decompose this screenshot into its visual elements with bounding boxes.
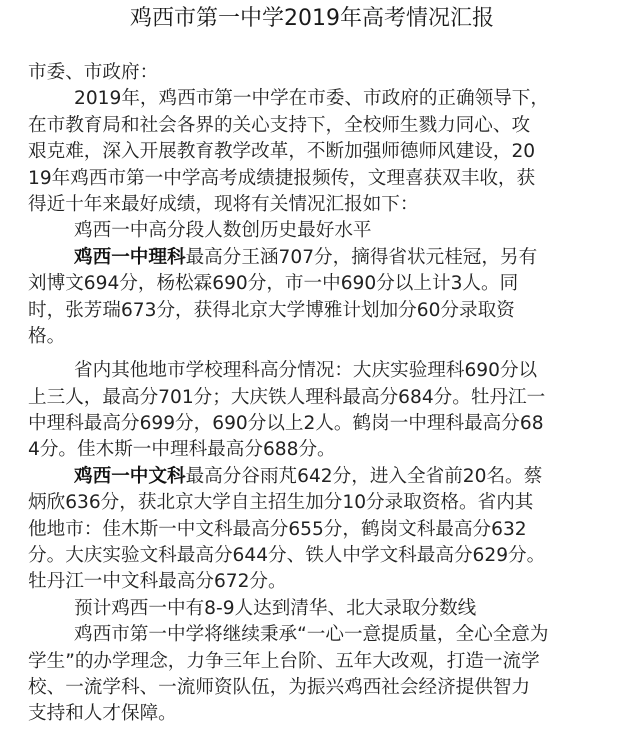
liberal-arts-bold-lead: 鸡西一中文科 [74,466,186,487]
liberal-arts-line: 炳欣636分，获北京大学自主招生加分10分录取资格。省内其 [28,490,608,516]
other-science-line: 省内其他地市学校理科高分情况：大庆实验理科690分以 [28,358,608,384]
liberal-arts-line: 他地市：佳木斯一中文科最高分655分，鹤岗文科最高分632 [28,517,608,543]
liberal-arts-first-line-text: 最高分谷雨芃642分，进入全省前20名。蔡 [186,466,543,487]
closing-line: 学生”的办学理念，力争三年上台阶、五年大改观，打造一流学 [28,649,608,675]
document-title: 鸡西市第一中学2019年高考情况汇报 [0,4,624,34]
intro-line: 得近十年来最好成绩，现将有关情况汇报如下： [28,192,608,218]
closing-line: 校、一流学科、一流师资队伍，为振兴鸡西社会经济提供智力 [28,675,608,701]
liberal-arts-line: 分。大庆实验文科最高分644分、铁人中学文科最高分629分。 [28,543,608,569]
intro-line: 19年鸡西市第一中学高考成绩捷报频传，文理喜获双丰收，获 [28,166,608,192]
science-line: 格。 [28,324,608,350]
liberal-arts-line: 牡丹江一中文科最高分672分。 [28,569,608,595]
liberal-arts-first-line: 鸡西一中文科最高分谷雨芃642分，进入全省前20名。蔡 [28,464,608,490]
section-heading-forecast: 预计鸡西一中有8-9人达到清华、北大录取分数线 [28,596,608,622]
intro-line: 2019年，鸡西市第一中学在市委、市政府的正确领导下， [28,86,608,112]
science-first-line: 鸡西一中理科最高分王涵707分，摘得省状元桂冠，另有 [28,245,608,271]
science-line: 时，张芳瑞673分，获得北京大学博雅计划加分60分录取资 [28,298,608,324]
other-science-line: 上三人，最高分701分；大庆铁人理科最高分684分。牡丹江一 [28,385,608,411]
intro-line: 艰克难，深入开展教育教学改革，不断加强师德师风建设，20 [28,139,608,165]
closing-line: 鸡西市第一中学将继续秉承“一心一意提质量，全心全意为 [28,622,608,648]
science-bold-lead: 鸡西一中理科 [74,247,186,268]
science-line: 刘博文694分，杨松霖690分，市一中690分以上计3人。同 [28,271,608,297]
other-science-line: 4分。佳木斯一中理科最高分688分。 [28,437,608,463]
intro-line: 在市教育局和社会各界的关心支持下，全校师生戮力同心、攻 [28,113,608,139]
science-first-line-text: 最高分王涵707分，摘得省状元桂冠，另有 [186,247,538,268]
section-heading-high-scores: 鸡西一中高分段人数创历史最好水平 [28,218,608,244]
document-body: 市委、市政府： 2019年，鸡西市第一中学在市委、市政府的正确领导下， 在市教育… [28,60,608,728]
other-science-line: 中理科最高分699分，690分以上2人。鹤岗一中理科最高分68 [28,411,608,437]
closing-line: 支持和人才保障。 [28,701,608,727]
salutation: 市委、市政府： [28,60,608,86]
